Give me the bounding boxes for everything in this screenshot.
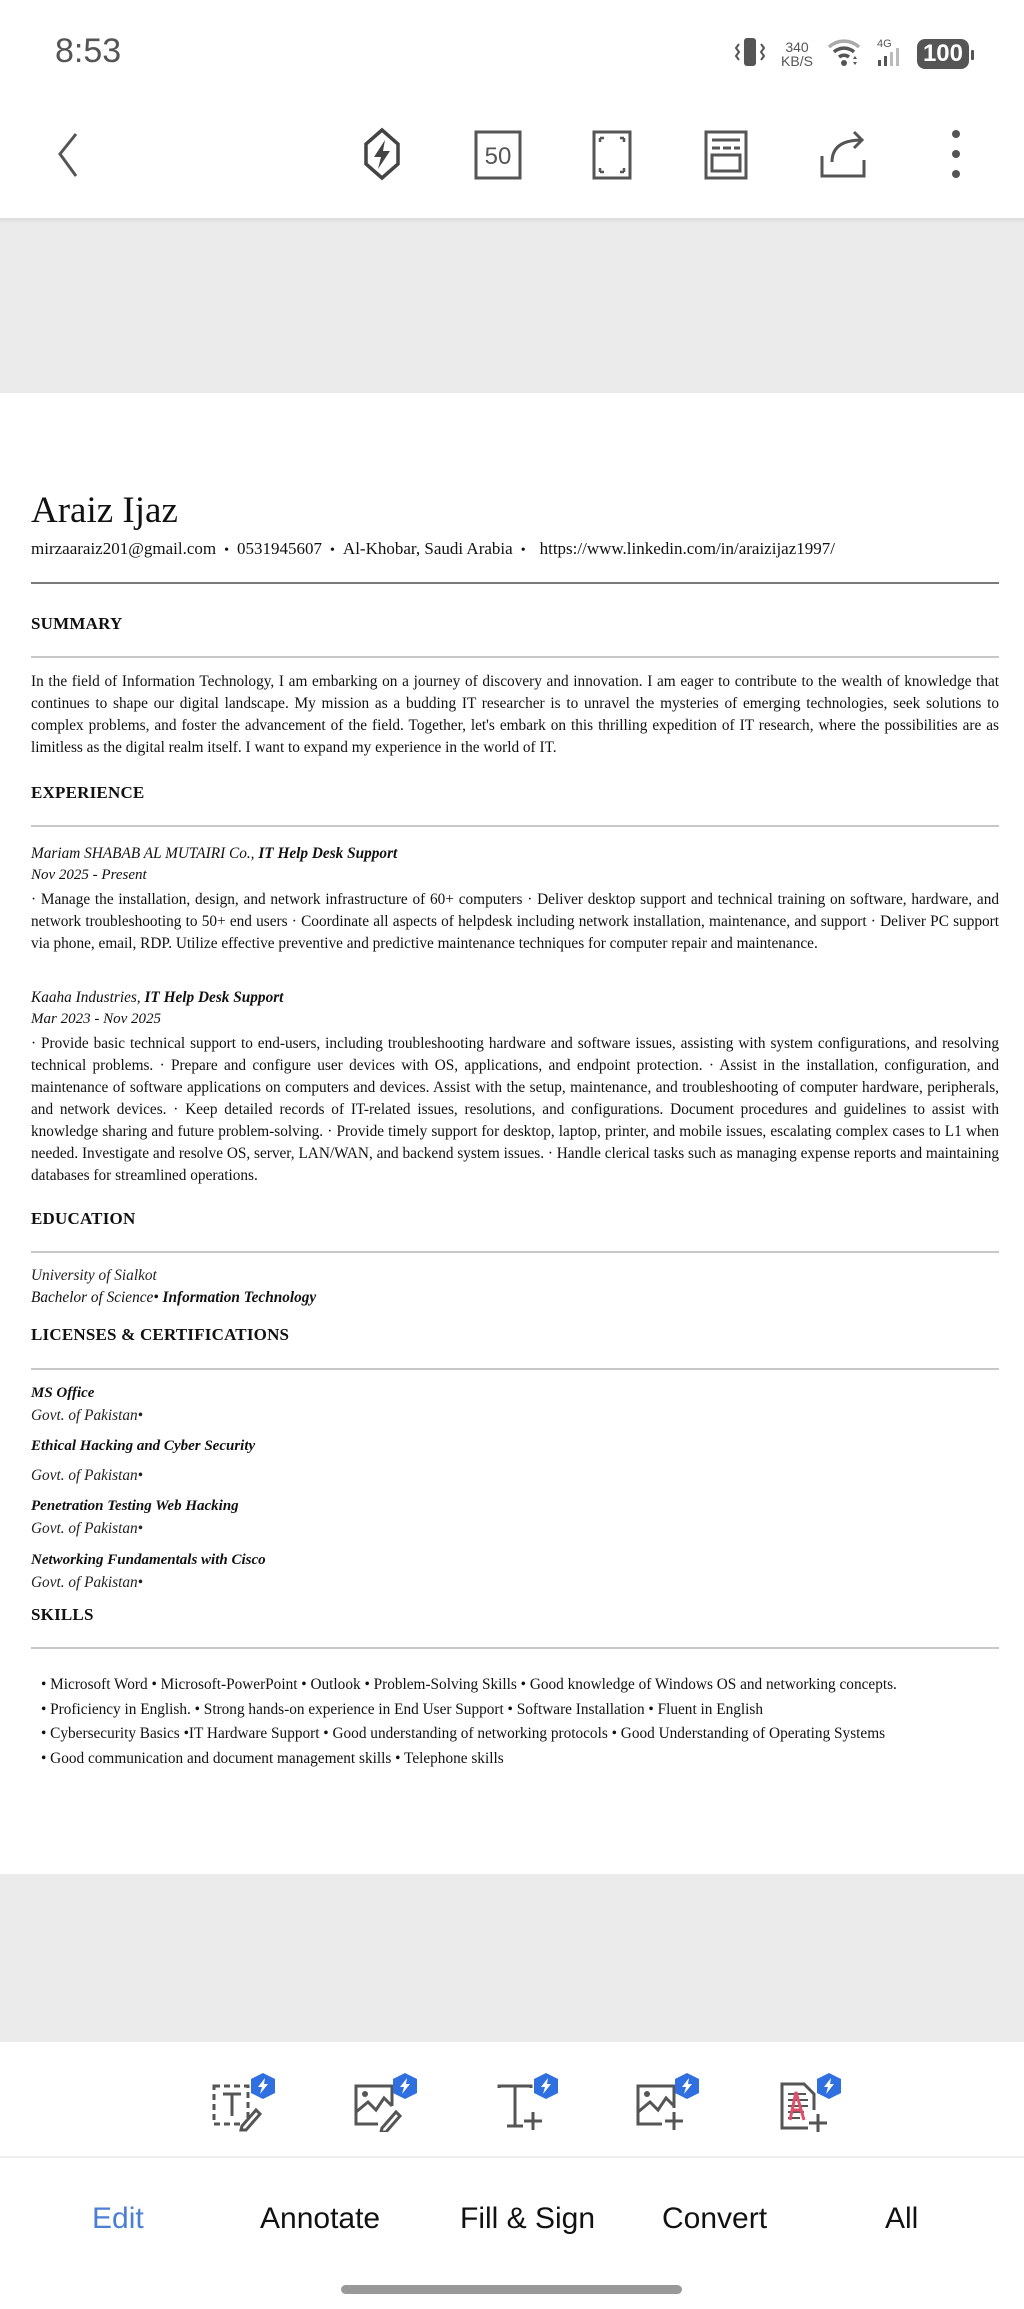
cert-4-name: Networking Fundamentals with Cisco — [31, 1552, 266, 1569]
status-bar: 8:53 340 KB/S 4G 100 — [0, 0, 1024, 100]
cert-1-issuer: Govt. of Pakistan• — [31, 1407, 143, 1425]
edit-text-button[interactable] — [198, 2070, 278, 2150]
lightning-hexagon-icon — [354, 126, 410, 182]
home-indicator[interactable] — [341, 2285, 682, 2294]
skills-heading: SKILLS — [31, 1605, 94, 1625]
tab-convert[interactable]: Convert — [662, 2202, 767, 2236]
skills-line: • Good communication and document manage… — [41, 1747, 1001, 1772]
premium-badge-icon — [392, 2072, 418, 2100]
education-heading: EDUCATION — [31, 1209, 135, 1229]
fullscreen-icon — [584, 126, 640, 182]
tab-edit[interactable]: Edit — [92, 2202, 144, 2236]
experience-heading: EXPERIENCE — [31, 783, 144, 803]
job-1-title: Mariam SHABAB AL MUTAIRI Co., IT Help De… — [31, 845, 397, 863]
cert-1-name: MS Office — [31, 1385, 94, 1402]
more-vertical-icon — [928, 126, 984, 182]
certifications-rule — [31, 1368, 999, 1370]
contact-email[interactable]: mirzaaraiz201@gmail.com — [31, 539, 216, 558]
battery-icon: 100 — [917, 39, 969, 69]
certifications-heading: LICENSES & CERTIFICATIONS — [31, 1325, 289, 1345]
edit-image-button[interactable] — [340, 2070, 420, 2150]
bottom-tab-bar: Edit Annotate Fill & Sign Convert All — [0, 2158, 1024, 2258]
edit-tools-bar — [0, 2042, 1024, 2158]
job-2-dates: Mar 2023 - Nov 2025 — [31, 1011, 161, 1028]
premium-badge-icon — [250, 2072, 276, 2100]
page-number-button[interactable]: 50 — [468, 124, 528, 184]
wifi-icon — [827, 37, 861, 72]
premium-badge-icon — [816, 2072, 842, 2100]
job-2-description: · Provide basic technical support to end… — [31, 1033, 999, 1187]
skills-line: • Cybersecurity Basics •IT Hardware Supp… — [41, 1722, 1001, 1747]
back-button[interactable] — [38, 124, 98, 184]
add-image-button[interactable] — [622, 2070, 702, 2150]
premium-badge-icon — [674, 2072, 700, 2100]
experience-rule — [31, 825, 999, 827]
svg-text:4G: 4G — [877, 38, 892, 50]
tab-annotate[interactable]: Annotate — [260, 2202, 380, 2236]
job-1-description: · Manage the installation, design, and n… — [31, 889, 999, 955]
education-degree: Bachelor of Science• Information Technol… — [31, 1289, 316, 1307]
canvas-background — [0, 220, 1024, 393]
fullscreen-button[interactable] — [582, 124, 642, 184]
job-1-dates: Nov 2025 - Present — [31, 867, 147, 884]
add-watermark-button[interactable] — [764, 2070, 844, 2150]
chevron-left-icon — [40, 126, 96, 182]
summary-text: In the field of Information Technology, … — [31, 671, 999, 759]
vibrate-icon — [733, 36, 767, 73]
document-page[interactable]: Araiz Ijaz mirzaaraiz201@gmail.com•05319… — [0, 393, 1024, 1874]
header-rule — [31, 582, 999, 584]
education-school: University of Sialkot — [31, 1267, 157, 1285]
reading-mode-button[interactable] — [696, 124, 756, 184]
more-options-button[interactable] — [926, 124, 986, 184]
canvas-background-bottom — [0, 1874, 1024, 2042]
summary-rule — [31, 656, 999, 658]
tab-fill-sign[interactable]: Fill & Sign — [460, 2202, 595, 2236]
resume-name: Araiz Ijaz — [31, 489, 178, 532]
page-number-icon: 50 — [470, 126, 526, 182]
cert-3-name: Penetration Testing Web Hacking — [31, 1498, 239, 1515]
share-button[interactable] — [812, 124, 872, 184]
contact-phone: 0531945607 — [237, 539, 322, 558]
cert-3-issuer: Govt. of Pakistan• — [31, 1520, 143, 1538]
summary-heading: SUMMARY — [31, 614, 122, 634]
svg-text:50: 50 — [485, 143, 512, 170]
ai-assistant-button[interactable] — [352, 124, 412, 184]
skills-line: • Microsoft Word • Microsoft-PowerPoint … — [41, 1673, 1001, 1698]
skills-rule — [31, 1647, 999, 1649]
contact-linkedin[interactable]: https://www.linkedin.com/in/araizijaz199… — [540, 539, 835, 558]
skills-list: • Microsoft Word • Microsoft-PowerPoint … — [41, 1673, 1001, 1771]
cert-2-name: Ethical Hacking and Cyber Security — [31, 1438, 255, 1455]
reading-mode-icon — [698, 126, 754, 182]
status-icons: 340 KB/S 4G 100 — [733, 36, 969, 72]
contact-location: Al-Khobar, Saudi Arabia — [343, 539, 513, 558]
cert-2-issuer: Govt. of Pakistan• — [31, 1467, 143, 1485]
education-rule — [31, 1251, 999, 1253]
toolbar-shadow — [0, 218, 1024, 224]
network-speed: 340 KB/S — [781, 40, 813, 68]
cellular-signal-icon: 4G — [875, 36, 903, 73]
add-text-button[interactable] — [481, 2070, 561, 2150]
top-toolbar: 50 — [0, 100, 1024, 220]
skills-line: • Proficiency in English. • Strong hands… — [41, 1698, 1001, 1723]
status-time: 8:53 — [55, 32, 121, 71]
contact-line: mirzaaraiz201@gmail.com•0531945607•Al-Kh… — [31, 539, 835, 559]
cert-4-issuer: Govt. of Pakistan• — [31, 1574, 143, 1592]
job-2-title: Kaaha Industries, IT Help Desk Support — [31, 989, 283, 1007]
tab-all[interactable]: All — [885, 2202, 918, 2236]
share-icon — [814, 126, 870, 182]
premium-badge-icon — [533, 2072, 559, 2100]
